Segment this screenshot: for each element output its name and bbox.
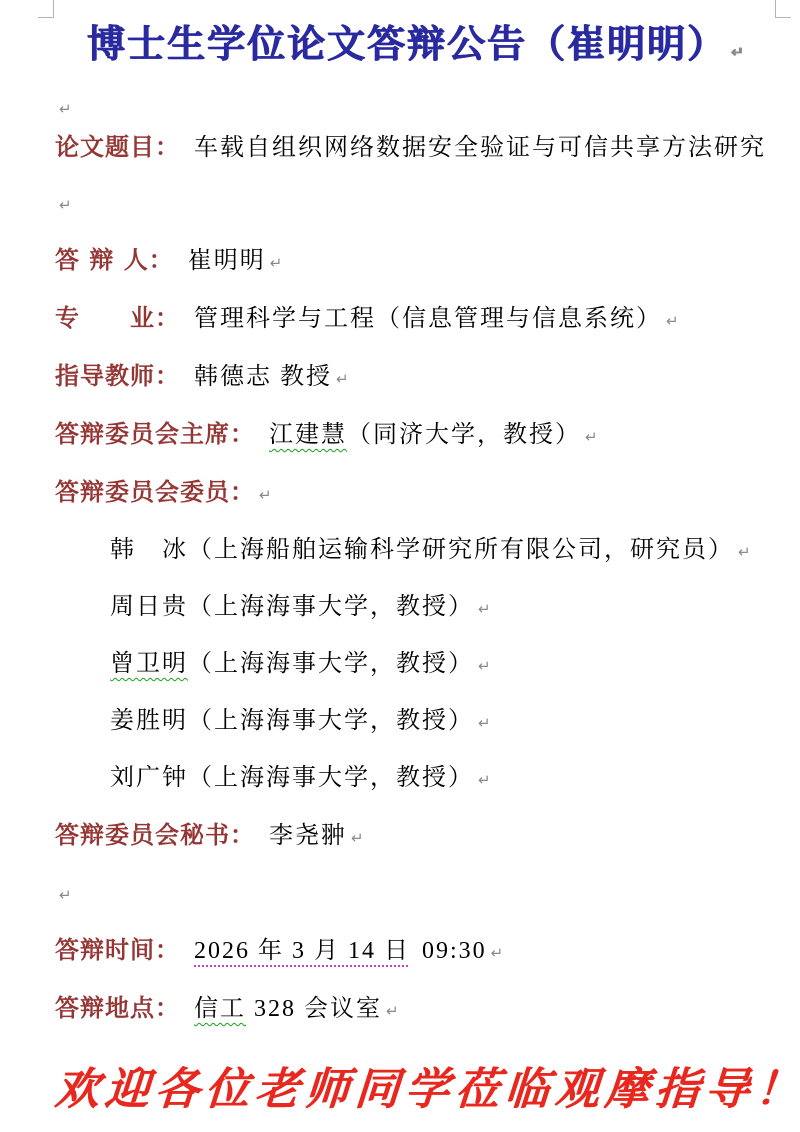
page-title-text: 博士生学位论文答辩公告（崔明明） <box>87 22 727 66</box>
member-affiliation: （上海船舶运输科学研究所有限公司，研究员） <box>188 537 734 563</box>
field-label: 论文题目： <box>55 133 180 161</box>
field-defense-time: 答辩时间：2026 年 3 月 14 日09:30↵ <box>55 923 776 981</box>
empty-paragraph: ↵ <box>55 866 776 923</box>
venue-building: 信工 <box>194 996 246 1022</box>
member-name: 姜胜明 <box>110 708 188 734</box>
field-label: 答 辩 人： <box>55 246 174 274</box>
field-label: 答辩委员会秘书： <box>55 821 255 849</box>
committee-member-row: 曾卫明（上海海事大学，教授）↵ <box>55 637 776 694</box>
field-value: 管理科学与工程（信息管理与信息系统） <box>194 306 662 332</box>
paragraph-mark-icon: ↵ <box>59 100 72 118</box>
field-value: 李尧翀 <box>269 823 347 849</box>
member-name: 刘广钟 <box>110 765 188 791</box>
field-label: 答辩时间： <box>55 936 180 964</box>
paragraph-mark-icon: ↵ <box>478 600 491 618</box>
committee-members-heading: 答辩委员会委员：↵ <box>55 465 776 523</box>
committee-member-row: 刘广钟（上海海事大学，教授）↵ <box>55 751 776 808</box>
member-affiliation: （上海海事大学，教授） <box>188 765 474 791</box>
paragraph-mark-icon: ↵ <box>478 657 491 675</box>
committee-member-row: 姜胜明（上海海事大学，教授）↵ <box>55 694 776 751</box>
field-thesis-title: 论文题目：车载自组织网络数据安全验证与可信共享方法研究↵ <box>55 120 776 233</box>
field-secretary: 答辩委员会秘书：李尧翀↵ <box>55 808 776 866</box>
venue-room: 328 会议室 <box>246 996 382 1022</box>
defense-clock: 09:30 <box>422 938 487 964</box>
field-defense-venue: 答辩地点：信工 328 会议室↵ <box>55 981 776 1039</box>
member-affiliation: （上海海事大学，教授） <box>188 708 474 734</box>
paragraph-mark-icon: ↵ <box>738 543 751 561</box>
margin-mark-top-right-icon <box>775 0 791 18</box>
field-value: 车载自组织网络数据安全验证与可信共享方法研究 <box>194 135 766 161</box>
member-affiliation: （上海海事大学，教授） <box>188 594 474 620</box>
field-label: 答辩地点： <box>55 994 180 1022</box>
paragraph-mark-icon: ↵ <box>59 196 72 214</box>
margin-mark-top-left-icon <box>38 0 54 18</box>
field-value: 崔明明 <box>188 248 266 274</box>
chair-affiliation: （同济大学，教授） <box>347 422 581 448</box>
member-name: 周日贵 <box>110 594 188 620</box>
field-label: 专 业： <box>55 304 180 332</box>
document-page: 博士生学位论文答辩公告（崔明明）↵ ↵ 论文题目：车载自组织网络数据安全验证与可… <box>0 0 800 1132</box>
paragraph-mark-icon: ↵ <box>731 43 744 61</box>
field-label: 答辩委员会委员： <box>55 478 255 506</box>
defense-date: 2026 年 3 月 14 日 <box>194 938 410 964</box>
field-value: 韩德志 教授 <box>194 364 332 390</box>
member-name: 韩 冰 <box>110 537 188 563</box>
paragraph-mark-icon: ↵ <box>270 254 283 272</box>
paragraph-mark-icon: ↵ <box>491 944 504 962</box>
field-label: 指导教师： <box>55 362 180 390</box>
field-supervisor: 指导教师：韩德志 教授↵ <box>55 349 776 407</box>
paragraph-mark-icon: ↵ <box>351 829 364 847</box>
paragraph-mark-icon: ↵ <box>478 771 491 789</box>
paragraph-mark-icon: ↵ <box>478 714 491 732</box>
member-affiliation: （上海海事大学，教授） <box>188 651 474 677</box>
chair-name: 江建慧 <box>269 422 347 448</box>
welcome-banner-text: 欢迎各位老师同学莅临观摩指导！ <box>53 1061 800 1119</box>
paragraph-mark-icon: ↵ <box>666 312 679 330</box>
paragraph-mark-icon: ↵ <box>59 886 72 904</box>
committee-member-row: 周日贵（上海海事大学，教授）↵ <box>55 580 776 637</box>
field-major: 专 业：管理科学与工程（信息管理与信息系统）↵ <box>55 291 776 349</box>
member-name: 曾卫明 <box>110 651 188 677</box>
paragraph-mark-icon: ↵ <box>259 486 272 504</box>
welcome-banner: 欢迎各位老师同学莅临观摩指导！↵ <box>55 1061 776 1119</box>
paragraph-mark-icon: ↵ <box>386 1002 399 1020</box>
page-title: 博士生学位论文答辩公告（崔明明）↵ <box>55 18 776 78</box>
paragraph-mark-icon: ↵ <box>336 370 349 388</box>
field-committee-chair: 答辩委员会主席：江建慧（同济大学，教授）↵ <box>55 407 776 465</box>
field-label: 答辩委员会主席： <box>55 420 255 448</box>
empty-paragraph: ↵ <box>55 78 776 120</box>
document-content: 博士生学位论文答辩公告（崔明明）↵ ↵ 论文题目：车载自组织网络数据安全验证与可… <box>55 18 776 1119</box>
field-defender: 答 辩 人：崔明明↵ <box>55 233 776 291</box>
paragraph-mark-icon: ↵ <box>585 428 598 446</box>
committee-member-row: 韩 冰（上海船舶运输科学研究所有限公司，研究员）↵ <box>55 523 776 580</box>
